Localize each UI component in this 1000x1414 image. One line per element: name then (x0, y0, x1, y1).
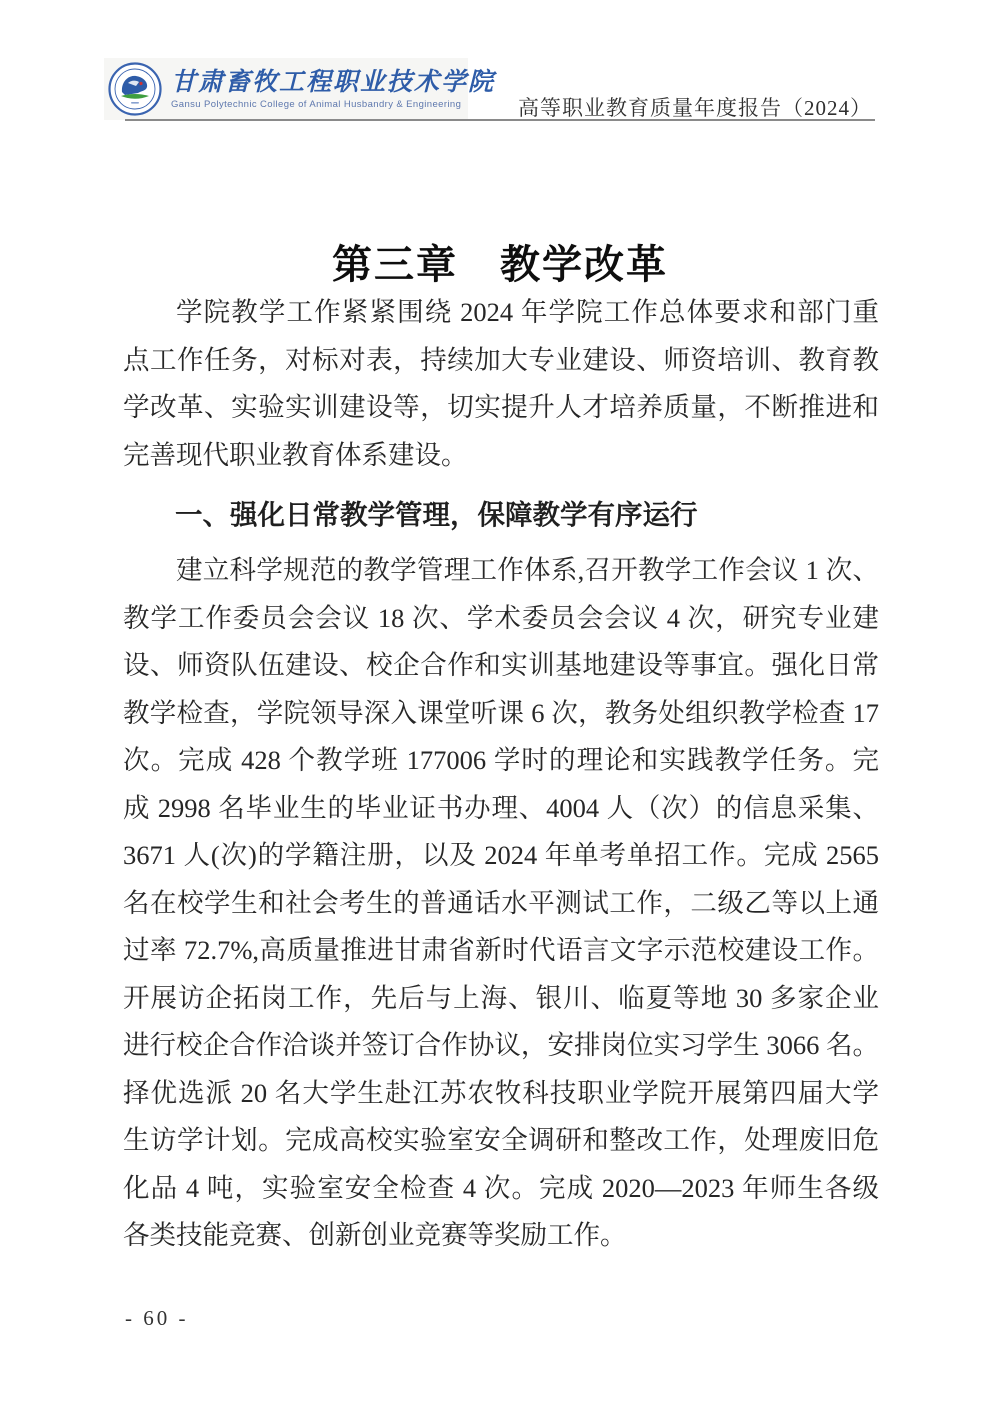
paragraph-line: 名在校学生和社会考生的普通话水平测试工作，二级乙等以上通 (123, 880, 879, 928)
college-name-en: Gansu Polytechnic College of Animal Husb… (171, 98, 495, 111)
paragraph-line: 教学检查，学院领导深入课堂听课 6 次，教务处组织教学检查 17 (123, 690, 879, 738)
paragraph-line: 学改革、实验实训建设等，切实提升人才培养质量，不断推进和 (123, 384, 879, 432)
paragraph-line: 教学工作委员会会议 18 次、学术委员会会议 4 次，研究专业建 (123, 595, 879, 643)
paragraph-line: 次。完成 428 个教学班 177006 学时的理论和实践教学任务。完 (123, 737, 879, 785)
paragraph-line: 生访学计划。完成高校实验室安全调研和整改工作，处理废旧危 (123, 1117, 879, 1165)
paragraph-line: 成 2998 名毕业生的毕业证书办理、4004 人（次）的信息采集、 (123, 785, 879, 833)
paragraph-line: 建立科学规范的教学管理工作体系,召开教学工作会议 1 次、 (123, 547, 879, 595)
document-page: 甘肃畜牧工程职业技术学院 Gansu Polytechnic College o… (0, 0, 1000, 1414)
paragraph-line: 择优选派 20 名大学生赴江苏农牧科技职业学院开展第四届大学 (123, 1070, 879, 1118)
paragraph-line: 化品 4 吨，实验室安全检查 4 次。完成 2020—2023 年师生各级 (123, 1165, 879, 1213)
paragraph-line: 3671 人(次)的学籍注册，以及 2024 年单考单招工作。完成 2565 (123, 832, 879, 880)
section-paragraph: 建立科学规范的教学管理工作体系,召开教学工作会议 1 次、教学工作委员会会议 1… (123, 547, 879, 1260)
college-emblem-icon (108, 62, 162, 116)
paragraph-line: 设、师资队伍建设、校企合作和实训基地建设等事宜。强化日常 (123, 642, 879, 690)
college-name-block: 甘肃畜牧工程职业技术学院 Gansu Polytechnic College o… (171, 68, 495, 111)
paragraph-line: 过率 72.7%,高质量推进甘肃省新时代语言文字示范校建设工作。 (123, 927, 879, 975)
letterhead: 甘肃畜牧工程职业技术学院 Gansu Polytechnic College o… (104, 58, 468, 120)
report-title: 高等职业教育质量年度报告（2024） (518, 92, 872, 122)
college-name-cn: 甘肃畜牧工程职业技术学院 (171, 68, 495, 98)
page-number: - 60 - (125, 1306, 189, 1331)
section-heading: 一、强化日常教学管理，保障教学有序运行 (175, 492, 698, 532)
paragraph-line: 学院教学工作紧紧围绕 2024 年学院工作总体要求和部门重 (123, 289, 879, 337)
paragraph-line: 开展访企拓岗工作，先后与上海、银川、临夏等地 30 多家企业 (123, 975, 879, 1023)
intro-paragraph: 学院教学工作紧紧围绕 2024 年学院工作总体要求和部门重点工作任务，对标对表，… (123, 289, 879, 479)
paragraph-line: 进行校企合作洽谈并签订合作协议，安排岗位实习学生 3066 名。 (123, 1022, 879, 1070)
paragraph-line: 完善现代职业教育体系建设。 (123, 432, 879, 480)
chapter-title: 第三章 教学改革 (0, 233, 1000, 290)
header-rule (125, 119, 875, 121)
paragraph-line: 点工作任务，对标对表，持续加大专业建设、师资培训、教育教 (123, 337, 879, 385)
paragraph-line: 各类技能竞赛、创新创业竞赛等奖励工作。 (123, 1212, 879, 1260)
